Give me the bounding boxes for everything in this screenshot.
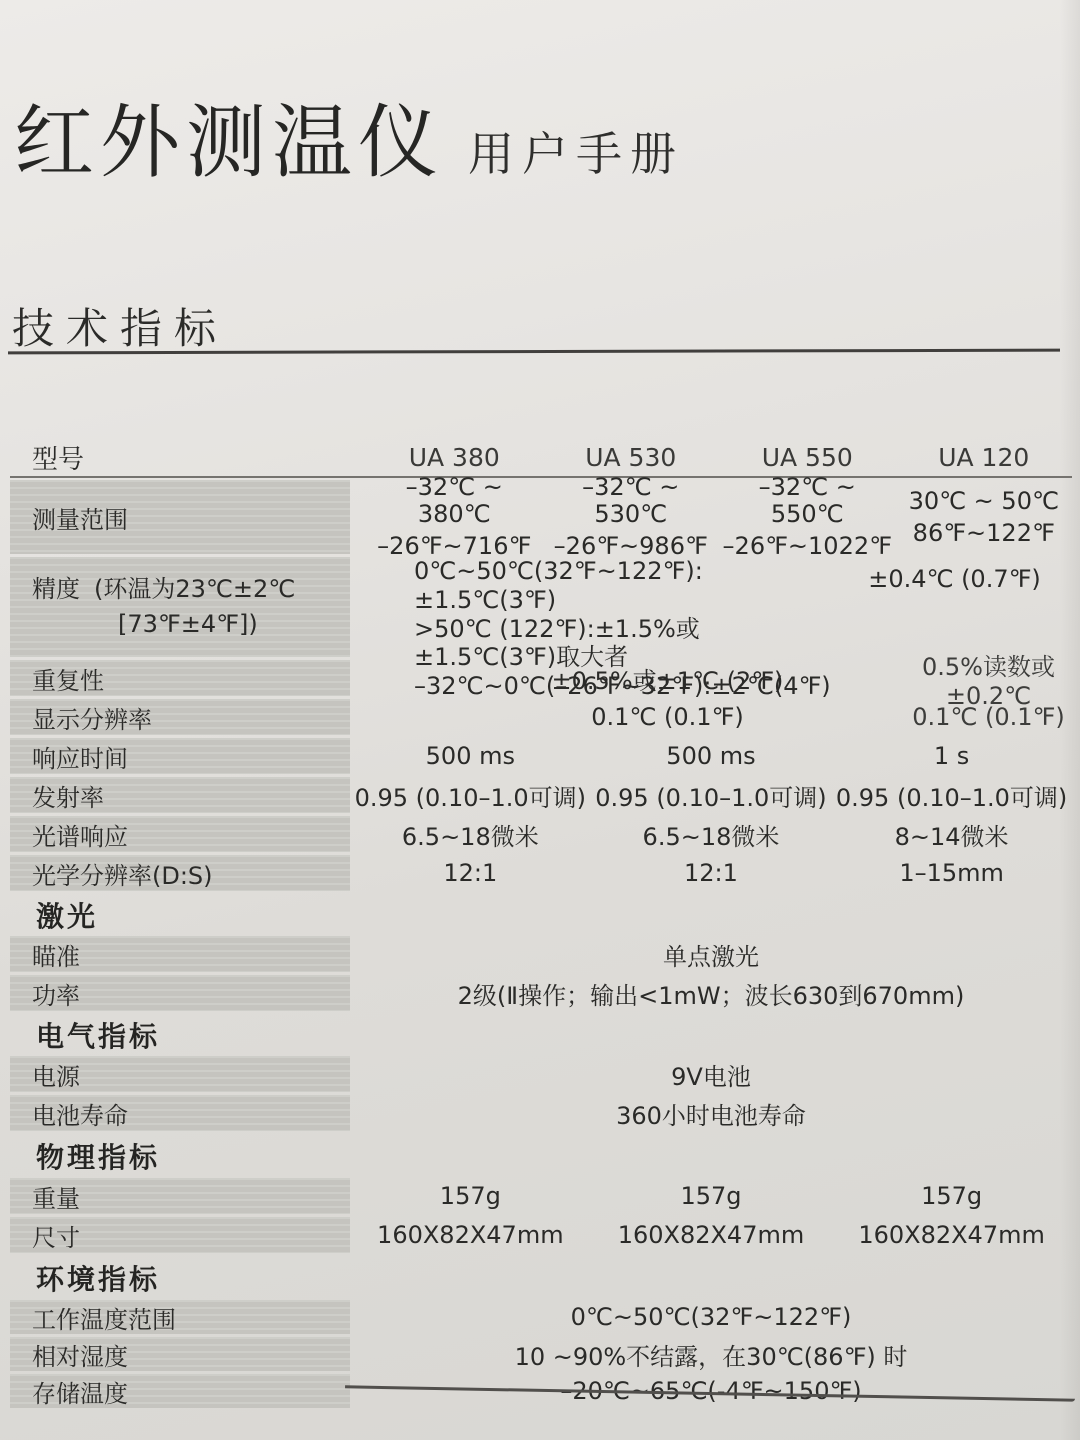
accuracy-note1: (环温为23℃±2℃: [94, 572, 295, 607]
row-battery-life: 电池寿命 360小时电池寿命: [10, 1095, 1072, 1131]
row-label: 瞄准: [10, 936, 350, 972]
row-label: 相对湿度: [10, 1337, 350, 1371]
range-celsius: –32℃ ~ 380℃: [366, 474, 543, 527]
dimensions-3: 160X82X47mm: [831, 1221, 1072, 1249]
battery-life-value: 360小时电池寿命: [616, 1096, 806, 1131]
spectral-response-2: 6.5~18微米: [591, 817, 832, 852]
row-repeatability: 重复性 ±0.5%或±1℃ (2℉) 0.5%读数或±0.2℃: [10, 660, 1072, 696]
battery-life-value-wrap: 360小时电池寿命: [350, 1095, 1072, 1131]
range-ua120: 30℃ ~ 50℃ 86℉~122℉: [896, 488, 1073, 547]
dimensions-values: 160X82X47mm 160X82X47mm 160X82X47mm: [350, 1217, 1072, 1253]
section-laser: 激光: [10, 894, 1072, 936]
response-time-1: 500 ms: [350, 742, 591, 770]
repeatability-main: ±0.5%或±1℃ (2℉): [350, 661, 905, 696]
model-ua120: UA 120: [896, 443, 1073, 472]
title-bar: 红外测温仪 用户手册: [14, 78, 684, 193]
dimensions-2: 160X82X47mm: [591, 1221, 832, 1249]
storage-temp-value-wrap: –20℃~65℃(-4℉~150℉): [350, 1374, 1072, 1408]
accuracy-ua120: ±0.4℃ (0.7℉): [837, 557, 1072, 593]
row-aiming: 瞄准 单点激光: [10, 936, 1072, 972]
aiming-value-wrap: 单点激光: [350, 936, 1072, 972]
row-label: 测量范围: [10, 480, 350, 554]
table-header-row: 型号 UA 380 UA 530 UA 550 UA 120: [10, 438, 1072, 478]
aiming-value: 单点激光: [663, 937, 759, 972]
row-label: 精度 (环温为23℃±2℃ [73℉±4℉]): [10, 557, 350, 657]
humidity-value-wrap: 10 ~90%不结露，在30℃(86℉) 时: [350, 1337, 1072, 1371]
weight-3: 157g: [831, 1182, 1072, 1210]
row-spectral-response: 光谱响应 6.5~18微米 6.5~18微米 8~14微米: [10, 816, 1072, 852]
accuracy-note2: [73℉±4℉]): [32, 607, 258, 642]
weight-2: 157g: [591, 1182, 832, 1210]
response-time-2: 500 ms: [591, 742, 832, 770]
spectral-response-values: 6.5~18微米 6.5~18微米 8~14微米: [350, 816, 1072, 852]
row-label: 响应时间: [10, 738, 350, 774]
laser-power-value: 2级(Ⅱ操作；输出<1mW；波长630到670mm): [458, 976, 965, 1011]
spectral-response-1: 6.5~18微米: [350, 817, 591, 852]
page-title: 红外测温仪: [14, 78, 444, 193]
row-accuracy: 精度 (环温为23℃±2℃ [73℉±4℉]) 0℃~50℃(32℉~122℉)…: [10, 557, 1072, 657]
display-resolution-ua120: 0.1℃ (0.1℉): [905, 703, 1072, 731]
row-label: 光谱响应: [10, 816, 350, 852]
humidity-value: 10 ~90%不结露，在30℃(86℉) 时: [515, 1337, 908, 1372]
range-ua380: –32℃ ~ 380℃ –26℉~716℉: [366, 474, 543, 559]
model-columns: UA 380 UA 530 UA 550 UA 120: [350, 438, 1072, 476]
model-ua380: UA 380: [366, 443, 543, 472]
row-power-source: 电源 9V电池: [10, 1056, 1072, 1092]
accuracy-label-line1: 精度 (环温为23℃±2℃: [32, 572, 295, 607]
response-time-3: 1 s: [831, 742, 1072, 770]
row-label: 重复性: [10, 660, 350, 696]
optical-resolution-values: 12:1 12:1 1–15mm: [350, 855, 1072, 891]
row-label: 尺寸: [10, 1217, 350, 1253]
range-ua530: –32℃ ~ 530℃ –26℉~986℉: [543, 474, 720, 559]
model-ua550: UA 550: [719, 443, 896, 472]
model-ua530: UA 530: [543, 443, 720, 472]
page-subtitle: 用户手册: [468, 118, 684, 184]
range-celsius: 30℃ ~ 50℃: [896, 488, 1073, 514]
optical-resolution-3: 1–15mm: [831, 859, 1072, 887]
accuracy-values: 0℃~50℃(32℉~122℉):±1.5℃(3℉) >50℃ (122℉):±…: [350, 557, 1072, 657]
row-dimensions: 尺寸 160X82X47mm 160X82X47mm 160X82X47mm: [10, 1217, 1072, 1253]
range-fahrenheit: –26℉~716℉: [366, 533, 543, 559]
row-weight: 重量 157g 157g 157g: [10, 1178, 1072, 1214]
range-fahrenheit: 86℉~122℉: [896, 520, 1073, 546]
laser-power-value-wrap: 2级(Ⅱ操作；输出<1mW；波长630到670mm): [350, 975, 1072, 1011]
model-label: 型号: [10, 438, 350, 476]
row-laser-power: 功率 2级(Ⅱ操作；输出<1mW；波长630到670mm): [10, 975, 1072, 1011]
emissivity-3: 0.95 (0.10–1.0可调): [831, 778, 1072, 813]
range-celsius: –32℃ ~ 550℃: [719, 474, 896, 527]
row-label: 显示分辨率: [10, 699, 350, 735]
row-label: 电池寿命: [10, 1095, 350, 1131]
row-label: 功率: [10, 975, 350, 1011]
row-label: 工作温度范围: [10, 1300, 350, 1334]
weight-values: 157g 157g 157g: [350, 1178, 1072, 1214]
row-response-time: 响应时间 500 ms 500 ms 1 s: [10, 738, 1072, 774]
section-physical: 物理指标: [10, 1134, 1072, 1178]
row-label: 重量: [10, 1178, 350, 1214]
manual-page: 红外测温仪 用户手册 技术指标 型号 UA 380 UA 530 UA 550 …: [0, 0, 1080, 1440]
section-environment: 环境指标: [10, 1256, 1072, 1300]
row-humidity: 相对湿度 10 ~90%不结露，在30℃(86℉) 时: [10, 1337, 1072, 1371]
section-heading: 技术指标: [12, 296, 228, 356]
accuracy-line-1: 0℃~50℃(32℉~122℉):±1.5℃(3℉): [414, 557, 837, 615]
row-label: 电源: [10, 1056, 350, 1092]
row-label: 发射率: [10, 777, 350, 813]
weight-1: 157g: [350, 1182, 591, 1210]
operating-temp-value: 0℃~50℃(32℉~122℉): [571, 1303, 852, 1331]
emissivity-1: 0.95 (0.10–1.0可调): [350, 778, 591, 813]
optical-resolution-2: 12:1: [591, 859, 832, 887]
row-label: 存储温度: [10, 1374, 350, 1408]
accuracy-lines: 0℃~50℃(32℉~122℉):±1.5℃(3℉) >50℃ (122℉):±…: [350, 557, 837, 657]
spec-table: 型号 UA 380 UA 530 UA 550 UA 120 测量范围 –32℃…: [10, 438, 1072, 1411]
row-measure-range: 测量范围 –32℃ ~ 380℃ –26℉~716℉ –32℃ ~ 530℃ –…: [10, 480, 1072, 554]
row-emissivity: 发射率 0.95 (0.10–1.0可调) 0.95 (0.10–1.0可调) …: [10, 777, 1072, 813]
range-ua550: –32℃ ~ 550℃ –26℉~1022℉: [719, 474, 896, 559]
section-electrical: 电气指标: [10, 1014, 1072, 1056]
range-values: –32℃ ~ 380℃ –26℉~716℉ –32℃ ~ 530℃ –26℉~9…: [350, 480, 1072, 554]
range-fahrenheit: –26℉~986℉: [543, 533, 720, 559]
operating-temp-value-wrap: 0℃~50℃(32℉~122℉): [350, 1300, 1072, 1334]
row-display-resolution: 显示分辨率 0.1℃ (0.1℉) 0.1℃ (0.1℉): [10, 699, 1072, 735]
display-resolution-values: 0.1℃ (0.1℉) 0.1℃ (0.1℉): [350, 699, 1072, 735]
repeatability-values: ±0.5%或±1℃ (2℉) 0.5%读数或±0.2℃: [350, 660, 1072, 696]
range-fahrenheit: –26℉~1022℉: [719, 533, 896, 559]
row-label: 光学分辨率(D:S): [10, 855, 350, 891]
power-source-value-wrap: 9V电池: [350, 1056, 1072, 1092]
emissivity-2: 0.95 (0.10–1.0可调): [591, 778, 832, 813]
dimensions-1: 160X82X47mm: [350, 1221, 591, 1249]
row-operating-temp: 工作温度范围 0℃~50℃(32℉~122℉): [10, 1300, 1072, 1334]
emissivity-values: 0.95 (0.10–1.0可调) 0.95 (0.10–1.0可调) 0.95…: [350, 777, 1072, 813]
spectral-response-3: 8~14微米: [831, 817, 1072, 852]
display-resolution-main: 0.1℃ (0.1℉): [350, 703, 905, 731]
response-time-values: 500 ms 500 ms 1 s: [350, 738, 1072, 774]
accuracy-label: 精度: [32, 572, 80, 607]
optical-resolution-1: 12:1: [350, 859, 591, 887]
power-source-value: 9V电池: [671, 1057, 751, 1092]
row-optical-resolution: 光学分辨率(D:S) 12:1 12:1 1–15mm: [10, 855, 1072, 891]
range-celsius: –32℃ ~ 530℃: [543, 474, 720, 527]
